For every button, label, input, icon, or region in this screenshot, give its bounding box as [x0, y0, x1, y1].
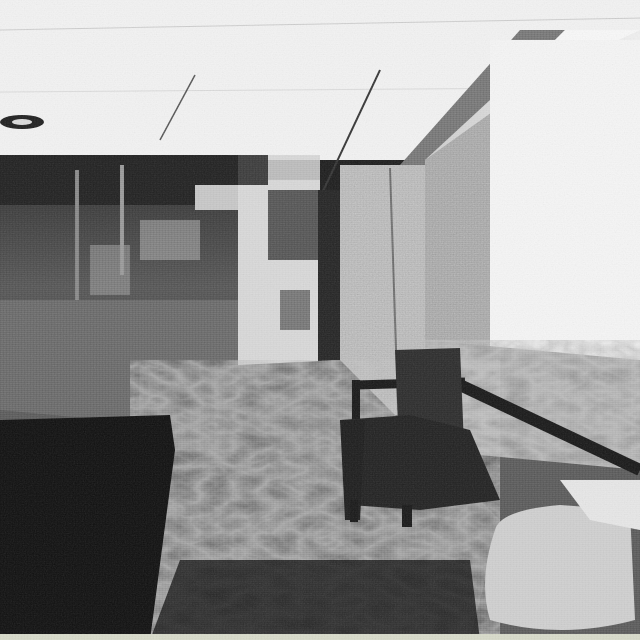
interior-scene	[0, 0, 640, 640]
photograph	[0, 0, 640, 640]
